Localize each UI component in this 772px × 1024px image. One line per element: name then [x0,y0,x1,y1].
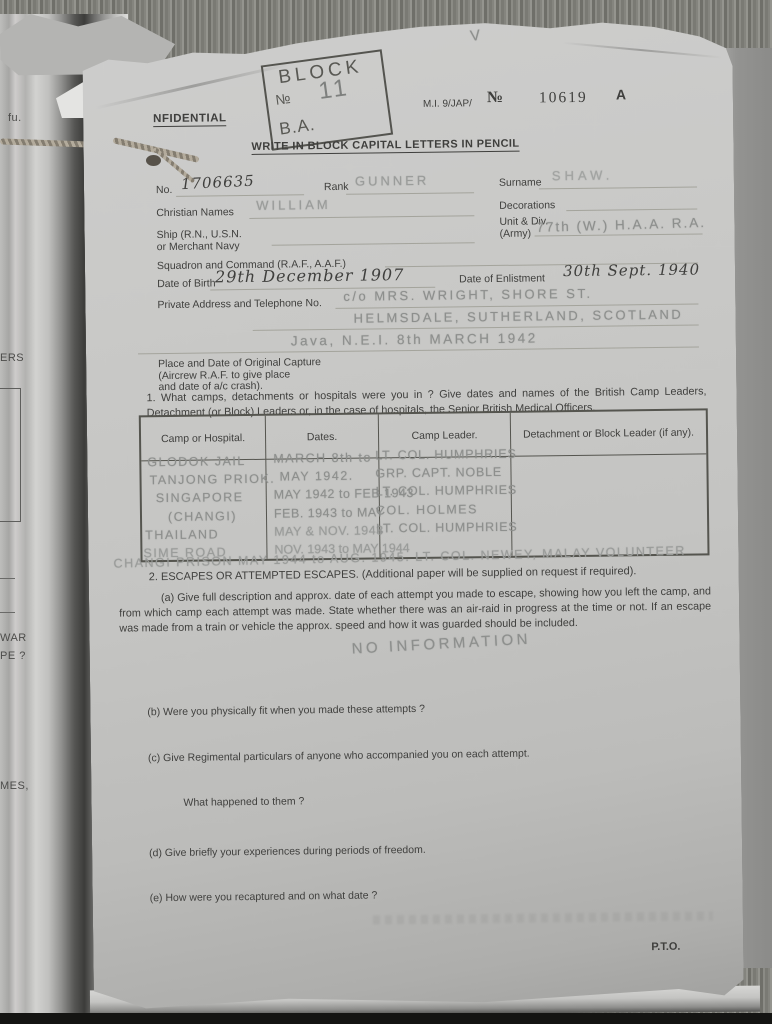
leader-entry: COL. HOLMES [376,499,517,519]
scanned-pow-form-photo: fu. ERS WAR PE ? MES, NFIDENTIAL BLOCK №… [0,0,772,1024]
item-c-text: (c) Give Regimental particulars of anyon… [148,748,530,765]
ink-bleedthrough [373,911,713,924]
decorations-label: Decorations [499,199,555,212]
camp-entry: SINGAPORE [156,488,276,508]
table-body-detachment [511,454,707,555]
stamp-line3: B.A. [278,115,316,140]
leader-entry: GRP. CAPT. NOBLE [375,463,516,483]
surname-label: Surname [499,176,542,189]
file-number: 10619 [539,89,588,108]
camp-entry: TANJONG PRIOK. [149,470,275,490]
margin-fragment: fu. [8,112,22,124]
rank-label: Rank [324,181,349,193]
questionnaire-page: NFIDENTIAL BLOCK № 11 B.A. V M.I. 9/JAP/… [82,18,744,1011]
pto-label: P.T.O. [651,941,680,953]
instruction-heading: WRITE IN BLOCK CAPITAL LETTERS IN PENCIL [251,138,519,155]
table-shadow [0,1013,772,1024]
margin-rule [0,612,15,613]
address-value-line2: HELMSDALE, SUTHERLAND, SCOTLAND [354,307,684,326]
no-label: No. [156,184,172,196]
block-stamp: BLOCK № 11 B.A. [261,49,393,151]
camp-entry: THAILAND [145,524,276,544]
camp-entry: GLODOK JAIL [147,452,275,472]
stamp-block-number: 11 [317,74,351,106]
surname-value: SHAW. [552,168,614,184]
file-suffix: A [616,86,626,102]
enlistment-value: 30th Sept. 1940 [563,260,700,280]
margin-rule [0,578,15,579]
item-e-text: (e) How were you recaptured and on what … [150,889,378,904]
file-no-symbol: № [487,89,503,107]
table-camps-handwriting: GLODOK JAIL TANJONG PRIOK. SINGAPORE (CH… [147,452,276,563]
margin-fragment: MES, [0,780,29,792]
capture-value: Java, N.E.I. 8th MARCH 1942 [291,330,538,348]
stamp-no-symbol: № [274,90,291,108]
confidential-label: NFIDENTIAL [153,112,227,127]
leader-entry: LT. COL. HUMPHRIES [376,518,517,538]
item-a-text: (a) Give full description and approx. da… [119,584,711,636]
ship-label-line1: Ship (R.N., U.S.N. [156,228,241,241]
address-value-line1: c/o MRS. WRIGHT, SHORE ST. [343,286,592,304]
mi9-reference: M.I. 9/JAP/ [423,98,472,110]
enlistment-label: Date of Enlistment [459,272,545,285]
ship-label-line2: or Merchant Navy [157,240,240,253]
dob-label: Date of Birth [157,277,216,290]
margin-fragment: WAR [0,632,27,644]
twine-knot [146,155,161,166]
leader-entry: LT. COL. HUMPHRIES [375,445,516,465]
item-b-text: (b) Were you physically fit when you mad… [147,703,425,718]
camp-entry: (CHANGI) [168,506,276,526]
margin-box-outline [0,388,21,522]
pencil-check-mark: V [469,27,483,45]
leader-entry: LT. COL. HUMPHRIES [376,481,517,501]
unit-div-label-line2: (Army) [500,228,532,240]
answer-a-handwriting: NO INFORMATION [351,631,531,658]
item-c2-text: What happened to them ? [183,795,304,808]
address-label: Private Address and Telephone No. [157,297,322,311]
christian-names-value: WILLIAM [256,197,331,213]
margin-fragment: ERS [0,352,24,364]
dob-value: 29th December 1907 [215,265,404,286]
christian-names-label: Christian Names [156,206,234,219]
item-d-text: (d) Give briefly your experiences during… [149,844,426,859]
table-leaders-handwriting: LT. COL. HUMPHRIES GRP. CAPT. NOBLE LT. … [375,445,517,538]
table-header-detachment: Detachment or Block Leader (if any). [511,410,707,456]
margin-fragment: PE ? [0,650,26,662]
capture-label-line1: Place and Date of Original Capture [158,356,321,370]
rank-value: GUNNER [355,173,430,189]
